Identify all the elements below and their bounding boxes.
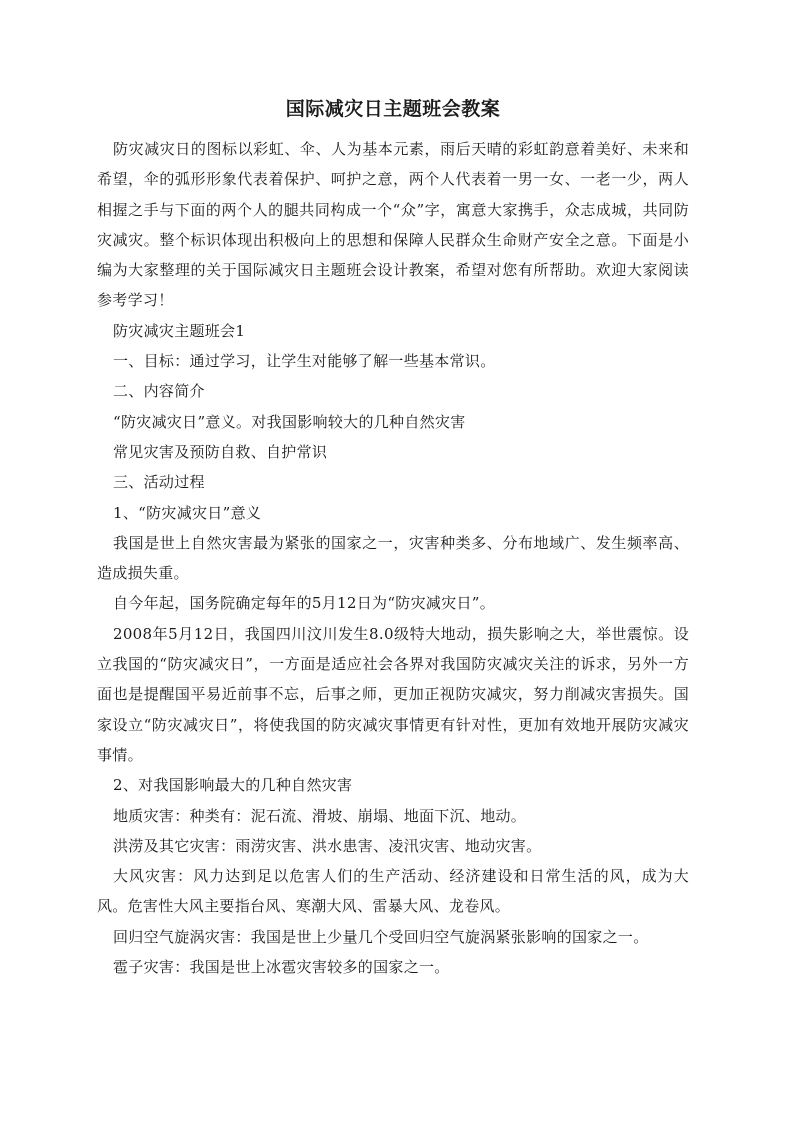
body-paragraph: 自今年起，国务院确定每年的5月12日为“防灾减灾日”。: [97, 588, 689, 618]
goal-paragraph: 一、目标：通过学习，让学生对能够了解一些基本常识。: [97, 346, 689, 376]
content-item: “防灾减灾日”意义。对我国影响较大的几种自然灾害: [97, 407, 689, 437]
disaster-item: 洪涝及其它灾害：雨涝灾害、洪水患害、凌汛灾害、地动灾害。: [97, 831, 689, 861]
body-paragraph: 2008年5月12日，我国四川汶川发生8.0级特大地动，损失影响之大，举世震惊。…: [97, 619, 689, 770]
subsection-heading: 1、“防灾减灾日”意义: [97, 498, 689, 528]
body-paragraph: 我国是世上自然灾害最为紧张的国家之一，灾害种类多、分布地域广、发生频率高、造成损…: [97, 528, 689, 589]
disaster-item: 雹子灾害：我国是世上冰雹灾害较多的国家之一。: [97, 952, 689, 982]
intro-paragraph: 防灾减灾日的图标以彩虹、伞、人为基本元素，雨后天晴的彩虹韵意着美好、未来和希望，…: [97, 134, 689, 316]
disaster-item: 回归空气旋涡灾害：我国是世上少量几个受回归空气旋涡紧张影响的国家之一。: [97, 922, 689, 952]
disaster-item: 地质灾害：种类有：泥石流、滑坡、崩塌、地面下沉、地动。: [97, 801, 689, 831]
content-item: 常见灾害及预防自救、自护常识: [97, 437, 689, 467]
disaster-item: 大风灾害：风力达到足以危害人们的生产活动、经济建设和日常生活的风，成为大风。危害…: [97, 861, 689, 922]
section-heading: 二、内容简介: [97, 376, 689, 406]
section-heading: 三、活动过程: [97, 467, 689, 497]
section-heading: 防灾减灾主题班会1: [97, 316, 689, 346]
subsection-heading: 2、对我国影响最大的几种自然灾害: [97, 770, 689, 800]
document-page: 国际减灾日主题班会教案 防灾减灾日的图标以彩虹、伞、人为基本元素，雨后天晴的彩虹…: [97, 92, 689, 982]
document-title: 国际减灾日主题班会教案: [97, 92, 689, 126]
